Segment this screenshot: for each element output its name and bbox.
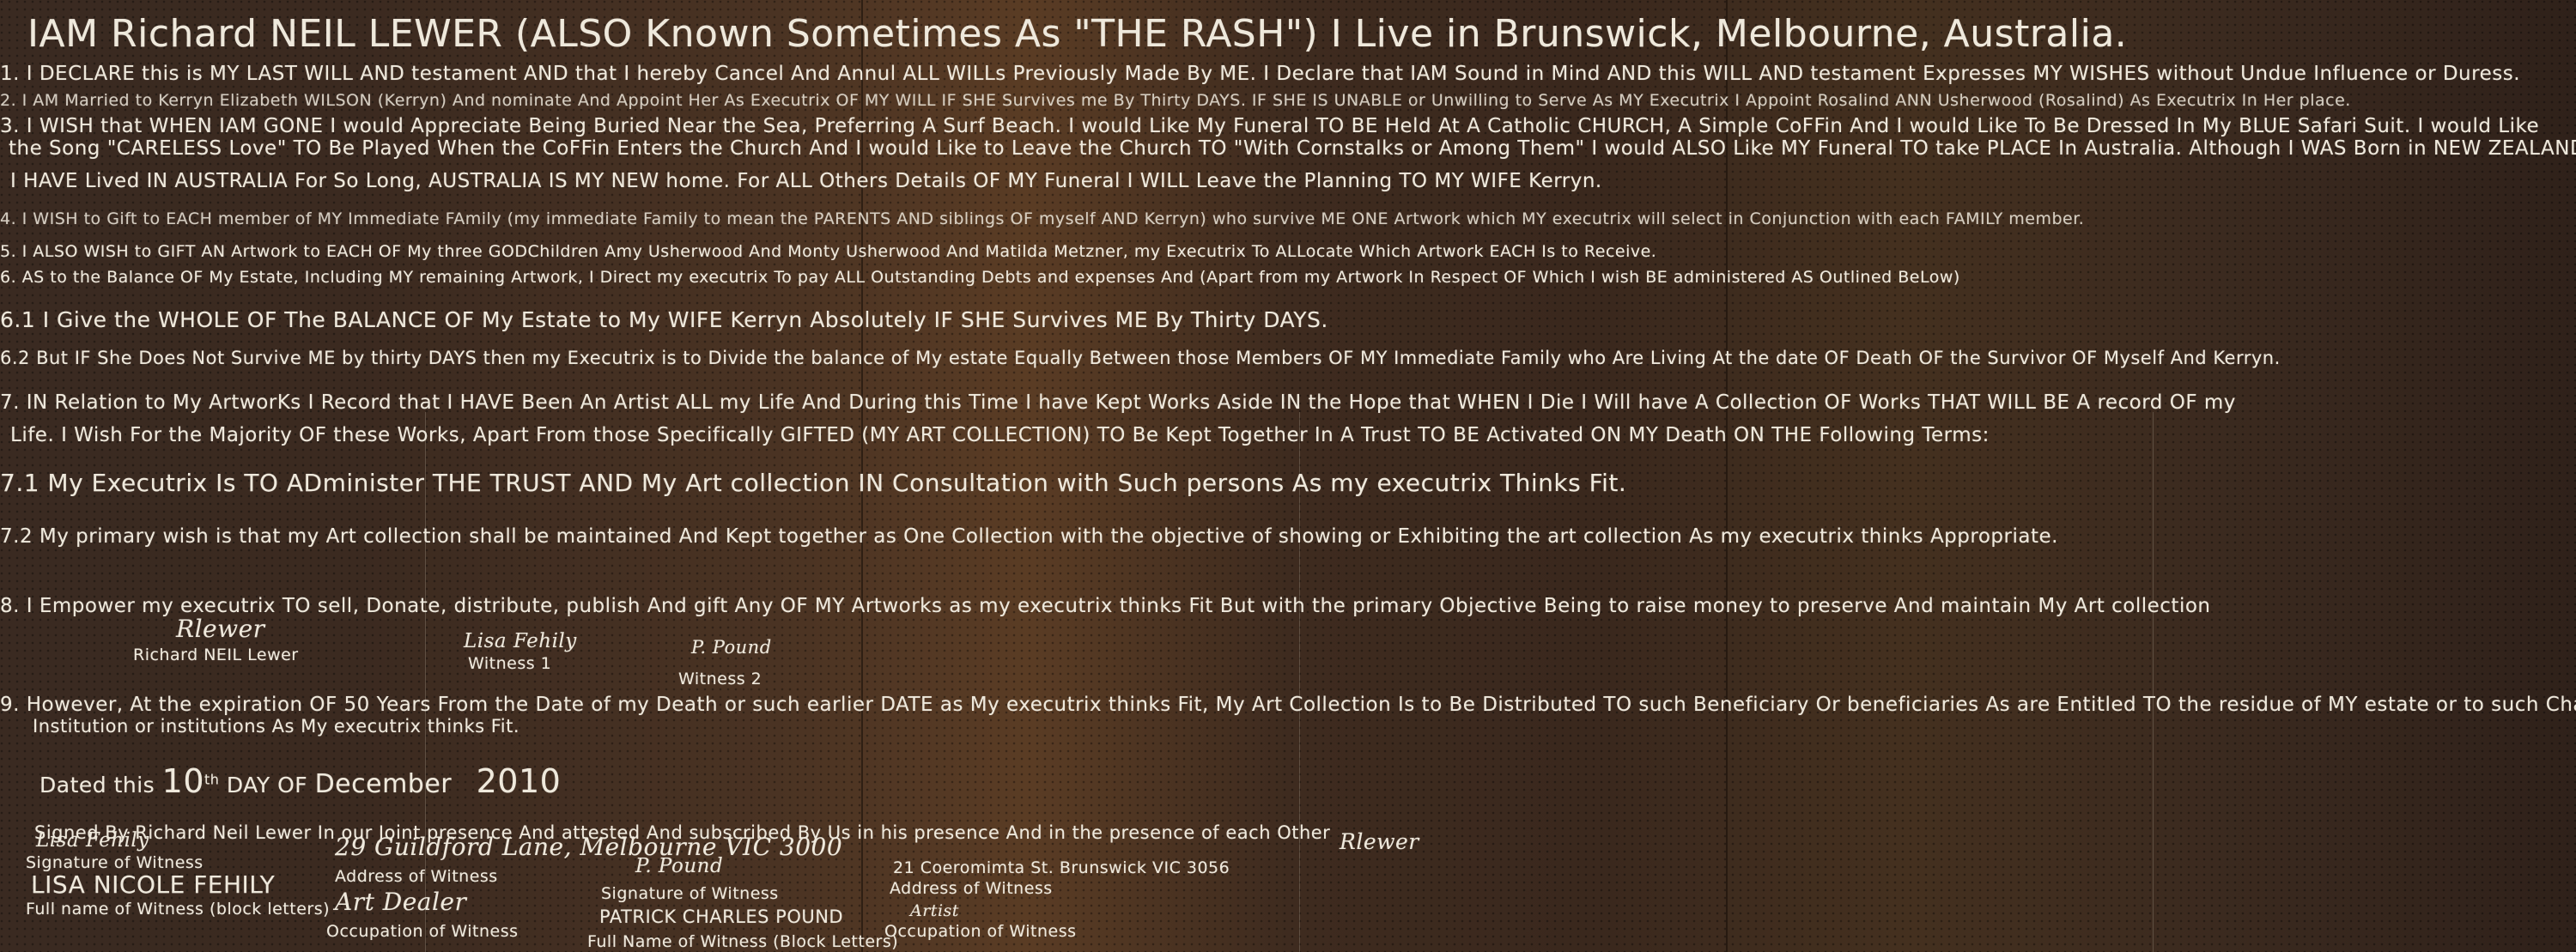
- witness-1-occupation: Art Dealer: [335, 888, 466, 916]
- panel-seam: [2153, 412, 2154, 952]
- dated-day-suffix: th: [204, 772, 219, 788]
- clause-9-line-1: 9. However, At the expiration OF 50 Year…: [0, 694, 2576, 716]
- witness-1-full-name: LISA NICOLE FEHILY: [31, 870, 275, 899]
- clause-2: 2. I AM Married to Kerryn Elizabeth WILS…: [0, 91, 2351, 110]
- dated-day: 10: [162, 762, 204, 800]
- clause-1: 1. I DECLARE this is MY LAST WILL AND te…: [0, 63, 2520, 85]
- clause-3-line-3: I HAVE Lived IN AUSTRALIA For So Long, A…: [10, 170, 1602, 192]
- witness2-label: Witness 2: [678, 670, 762, 688]
- witness-2-occupation: Artist: [910, 901, 959, 920]
- witness-2-full-name: PATRICK CHARLES POUND: [599, 907, 843, 927]
- clause-7-line-2: Life. I Wish For the Majority OF these W…: [10, 424, 1990, 446]
- clause-7-2: 7.2 My primary wish is that my Art colle…: [0, 525, 2058, 548]
- dated-year: 2010: [477, 762, 562, 800]
- dated-prefix: Dated this: [39, 773, 155, 797]
- witness1-label: Witness 1: [468, 654, 551, 673]
- title-line: IAM Richard NEIL LEWER (ALSO Known Somet…: [27, 12, 2127, 56]
- witness2-signature: P. Pound: [691, 637, 772, 658]
- witness1-signature: Lisa Fehily: [464, 630, 577, 652]
- clause-8: 8. I Empower my executrix TO sell, Donat…: [0, 595, 2211, 617]
- witness-1-address: 29 Guildford Lane, Melbourne VIC 3000: [335, 833, 842, 861]
- dated-line: Dated this 10th DAY OF December 2010: [39, 762, 561, 800]
- testator-name: Richard NEIL Lewer: [133, 646, 299, 664]
- clause-5: 5. I ALSO WISH to GIFT AN Artwork to EAC…: [0, 242, 1656, 261]
- witness-2-signature-label: Signature of Witness: [601, 884, 779, 903]
- clause-9-line-2: Institution or institutions As My execut…: [33, 716, 519, 737]
- dated-mid: DAY OF: [227, 773, 307, 797]
- handwritten-will-artwork: IAM Richard NEIL LEWER (ALSO Known Somet…: [0, 0, 2576, 952]
- clause-7-line-1: 7. IN Relation to My ArtworKs I Record t…: [0, 391, 2236, 414]
- testator-signature: Rlewer: [176, 615, 265, 643]
- clause-7-1: 7.1 My Executrix Is TO ADminister THE TR…: [0, 469, 1626, 497]
- clause-3-line-2: the Song "CARELESS Love" TO Be Played Wh…: [9, 137, 2576, 160]
- witness-1-signature-label: Signature of Witness: [26, 853, 204, 872]
- witness-2-occupation-label: Occupation of Witness: [884, 922, 1077, 941]
- witness-2-signature: P. Pound: [635, 855, 723, 877]
- clause-4: 4. I WISH to Gift to EACH member of MY I…: [0, 209, 2084, 228]
- witness-1-occupation-label: Occupation of Witness: [326, 922, 519, 941]
- clause-6-2: 6.2 But IF She Does Not Survive ME by th…: [0, 348, 2281, 368]
- witness-1-address-label: Address of Witness: [335, 867, 498, 886]
- clause-3-line-1: 3. I WISH that WHEN IAM GONE I would App…: [0, 115, 2539, 137]
- attestation-signature: Rlewer: [1340, 829, 1419, 854]
- dated-month: December: [315, 769, 453, 799]
- witness-2-address-label: Address of Witness: [890, 879, 1053, 898]
- clause-6: 6. AS to the Balance OF My Estate, Inclu…: [0, 268, 1960, 287]
- witness-1-full-name-label: Full name of Witness (block letters): [26, 900, 330, 919]
- clause-6-1: 6.1 I Give the WHOLE OF The BALANCE OF M…: [0, 307, 1328, 332]
- witness-2-full-name-label: Full Name of Witness (Block Letters): [587, 932, 898, 951]
- witness-2-address: 21 Coeromimta St. Brunswick VIC 3056: [893, 858, 1230, 877]
- witness-1-signature: Lisa Fehily: [36, 829, 149, 852]
